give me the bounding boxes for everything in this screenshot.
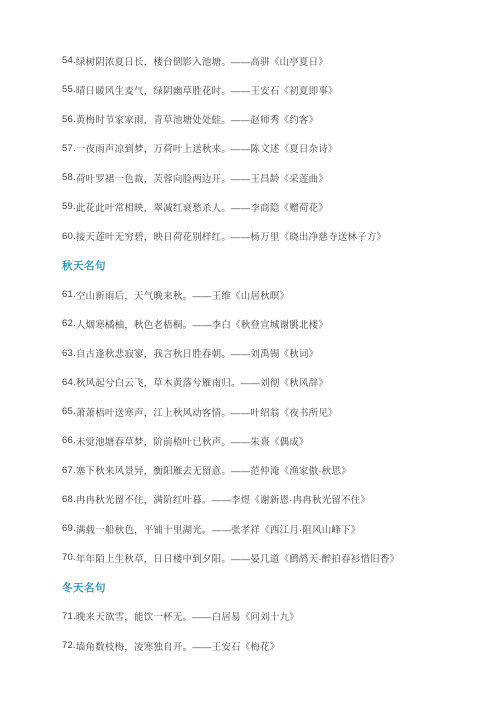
poem-line: 56.黄梅时节家家雨，青草池塘处处蛙。——赵师秀《约客》 bbox=[62, 105, 470, 134]
poem-line-source: ——高骈《山亭夏日》 bbox=[231, 54, 328, 68]
poem-line-source: ——张孝祥《西江月·阻风山峰下》 bbox=[212, 522, 361, 536]
poem-line: 57.一夜雨声凉到梦，万荷叶上送秋来。——陈文述《夏日杂诗》 bbox=[62, 134, 470, 163]
poem-line-quote: 自古逢秋悲寂寥，我言秋日胜春朝。 bbox=[76, 346, 231, 360]
poem-line-source: ——陈文述《夏日杂诗》 bbox=[231, 141, 338, 155]
poem-line-quote: 未觉池塘春草梦，阶前梧叶已秋声。 bbox=[76, 434, 231, 448]
poem-line-number: 71. bbox=[62, 611, 76, 622]
poem-line-quote: 冉冉秋光留不住，满阶红叶暮。 bbox=[76, 492, 212, 506]
section-header-label: 秋天名句 bbox=[62, 258, 106, 273]
poem-line-quote: 秋风起兮白云飞，草木黄落兮雁南归。 bbox=[76, 375, 241, 389]
poem-line-source: ——刘禹锡《秋词》 bbox=[231, 346, 318, 360]
poem-line-number: 65. bbox=[62, 406, 76, 417]
poem-line: 55.晴日暖风生麦气，绿阴幽草胜花时。——王安石《初夏即事》 bbox=[62, 75, 470, 104]
poem-line-source: ——晏几道《鹧鸪天·醉拍春衫惜旧香》 bbox=[231, 551, 399, 565]
poem-line-number: 58. bbox=[62, 172, 76, 183]
poem-line-quote: 接天莲叶无穷碧，映日荷花别样红。 bbox=[76, 229, 231, 243]
poem-line: 62.人烟寒橘柚，秋色老梧桐。——李白《秋登宣城谢朓北楼》 bbox=[62, 309, 470, 338]
poem-line-number: 64. bbox=[62, 377, 76, 388]
poem-line-number: 59. bbox=[62, 201, 76, 212]
poem-line-number: 61. bbox=[62, 289, 76, 300]
poem-line-source: ——王安石《梅花》 bbox=[192, 639, 279, 653]
poem-line-number: 57. bbox=[62, 143, 76, 154]
poem-line: 58.荷叶罗裙一色裁，芙蓉向脸两边开。——王昌龄《采莲曲》 bbox=[62, 163, 470, 192]
poem-line-number: 66. bbox=[62, 435, 76, 446]
poem-line-number: 63. bbox=[62, 348, 76, 359]
poem-line-source: ——刘彻《秋风辞》 bbox=[241, 375, 328, 389]
poem-line-number: 54. bbox=[62, 55, 76, 66]
poem-line-source: ——叶绍翁《夜书所见》 bbox=[231, 405, 338, 419]
poem-line-source: ——赵师秀《约客》 bbox=[231, 112, 318, 126]
poem-line-number: 60. bbox=[62, 231, 76, 242]
poem-line: 68.冉冉秋光留不住，满阶红叶暮。——李煜《谢新恩·冉冉秋光留不住》 bbox=[62, 485, 470, 514]
poem-line-number: 68. bbox=[62, 494, 76, 505]
section-header: 秋天名句 bbox=[62, 251, 470, 280]
poem-line-quote: 荷叶罗裙一色裁，芙蓉向脸两边开。 bbox=[76, 171, 231, 185]
poem-line-quote: 晚来天欲雪，能饮一杯无。 bbox=[76, 609, 192, 623]
poem-line: 63.自古逢秋悲寂寥，我言秋日胜春朝。——刘禹锡《秋词》 bbox=[62, 339, 470, 368]
poem-line-source: ——李煜《谢新恩·冉冉秋光留不住》 bbox=[212, 492, 371, 506]
poem-line-source: ——王昌龄《采莲曲》 bbox=[231, 171, 328, 185]
poem-line: 65.萧萧梧叶送寒声，江上秋风动客情。——叶绍翁《夜书所见》 bbox=[62, 397, 470, 426]
poem-line-source: ——杨万里《晓出净慈寺送林子方》 bbox=[231, 229, 386, 243]
poem-line-number: 69. bbox=[62, 523, 76, 534]
poem-line-source: ——李商隐《赠荷花》 bbox=[231, 200, 328, 214]
poem-line-source: ——朱熹《偶成》 bbox=[231, 434, 309, 448]
poem-line-quote: 萧萧梧叶送寒声，江上秋风动客情。 bbox=[76, 405, 231, 419]
poem-line-number: 55. bbox=[62, 84, 76, 95]
poem-line-number: 70. bbox=[62, 552, 76, 563]
section-header: 冬天名句 bbox=[62, 573, 470, 602]
poem-line: 64.秋风起兮白云飞，草木黄落兮雁南归。——刘彻《秋风辞》 bbox=[62, 368, 470, 397]
poem-line-number: 62. bbox=[62, 318, 76, 329]
poem-line-quote: 空山新雨后，天气晚来秋。 bbox=[76, 288, 192, 302]
article-page: 54.绿树阴浓夏日长，楼台倒影入池塘。——高骈《山亭夏日》55.晴日暖风生麦气，… bbox=[0, 0, 500, 708]
poem-line: 59.此花此叶常相映，翠减红衰愁杀人。——李商隐《赠荷花》 bbox=[62, 192, 470, 221]
poem-line-quote: 绿树阴浓夏日长，楼台倒影入池塘。 bbox=[76, 54, 231, 68]
poem-line-source: ——王维《山居秋暝》 bbox=[192, 288, 289, 302]
poetry-list: 54.绿树阴浓夏日长，楼台倒影入池塘。——高骈《山亭夏日》55.晴日暖风生麦气，… bbox=[62, 46, 470, 660]
poem-line-quote: 墙角数枝梅，凌寒独自开。 bbox=[76, 639, 192, 653]
poem-line-number: 72. bbox=[62, 640, 76, 651]
poem-line-source: ——白居易《问刘十九》 bbox=[192, 609, 299, 623]
poem-line: 72.墙角数枝梅，凌寒独自开。——王安石《梅花》 bbox=[62, 631, 470, 660]
poem-line-quote: 此花此叶常相映，翠减红衰愁杀人。 bbox=[76, 200, 231, 214]
poem-line-source: ——范仲淹《渔家傲·秋思》 bbox=[231, 463, 351, 477]
poem-line: 70.年年陌上生秋草，日日楼中到夕阳。——晏几道《鹧鸪天·醉拍春衫惜旧香》 bbox=[62, 543, 470, 572]
poem-line-quote: 年年陌上生秋草，日日楼中到夕阳。 bbox=[76, 551, 231, 565]
poem-line-quote: 塞下秋来风景异，衡阳雁去无留意。 bbox=[76, 463, 231, 477]
poem-line-quote: 人烟寒橘柚，秋色老梧桐。 bbox=[76, 317, 192, 331]
poem-line: 61.空山新雨后，天气晚来秋。——王维《山居秋暝》 bbox=[62, 280, 470, 309]
poem-line-source: ——李白《秋登宣城谢朓北楼》 bbox=[192, 317, 328, 331]
poem-line-quote: 晴日暖风生麦气，绿阴幽草胜花时。 bbox=[76, 83, 231, 97]
poem-line: 69.满载一船秋色，平铺十里湖光。——张孝祥《西江月·阻风山峰下》 bbox=[62, 514, 470, 543]
poem-line-number: 56. bbox=[62, 114, 76, 125]
poem-line: 67.塞下秋来风景异，衡阳雁去无留意。——范仲淹《渔家傲·秋思》 bbox=[62, 456, 470, 485]
poem-line: 66.未觉池塘春草梦，阶前梧叶已秋声。——朱熹《偶成》 bbox=[62, 426, 470, 455]
poem-line-number: 67. bbox=[62, 465, 76, 476]
section-header-label: 冬天名句 bbox=[62, 580, 106, 595]
poem-line: 71.晚来天欲雪，能饮一杯无。——白居易《问刘十九》 bbox=[62, 602, 470, 631]
poem-line-quote: 满载一船秋色，平铺十里湖光。 bbox=[76, 522, 212, 536]
poem-line-source: ——王安石《初夏即事》 bbox=[231, 83, 338, 97]
poem-line-quote: 一夜雨声凉到梦，万荷叶上送秋来。 bbox=[76, 141, 231, 155]
poem-line-quote: 黄梅时节家家雨，青草池塘处处蛙。 bbox=[76, 112, 231, 126]
poem-line: 54.绿树阴浓夏日长，楼台倒影入池塘。——高骈《山亭夏日》 bbox=[62, 46, 470, 75]
poem-line: 60.接天莲叶无穷碧，映日荷花别样红。——杨万里《晓出净慈寺送林子方》 bbox=[62, 222, 470, 251]
